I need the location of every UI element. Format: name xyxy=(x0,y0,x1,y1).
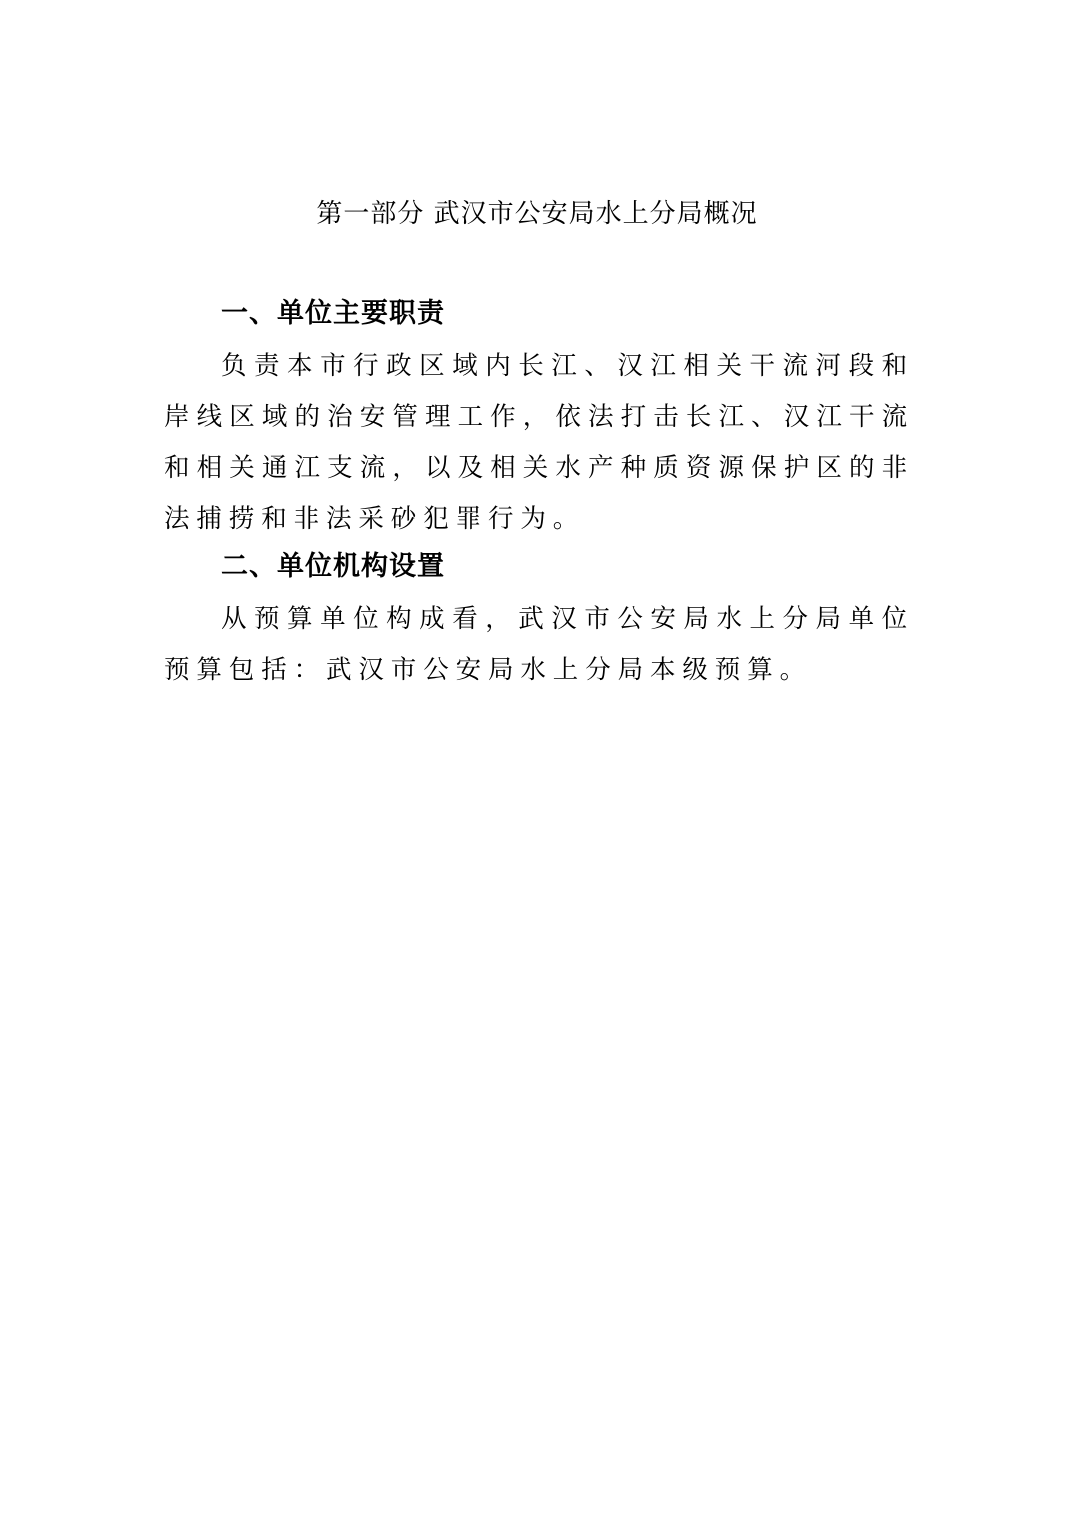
section-heading-org-structure: 二、单位机构设置 xyxy=(221,547,445,587)
document-page: 第一部分 武汉市公安局水上分局概况 一、单位主要职责 负责本市行政区域内长江、汉… xyxy=(0,0,1074,1520)
section-heading-main-duties: 一、单位主要职责 xyxy=(221,294,445,334)
section-paragraph-main-duties: 负责本市行政区域内长江、汉江相关干流河段和岸线区域的治安管理工作，依法打击长江、… xyxy=(164,341,914,545)
section-paragraph-org-structure: 从预算单位构成看，武汉市公安局水上分局单位预算包括：武汉市公安局水上分局本级预算… xyxy=(164,594,914,696)
page-title: 第一部分 武汉市公安局水上分局概况 xyxy=(0,194,1074,234)
